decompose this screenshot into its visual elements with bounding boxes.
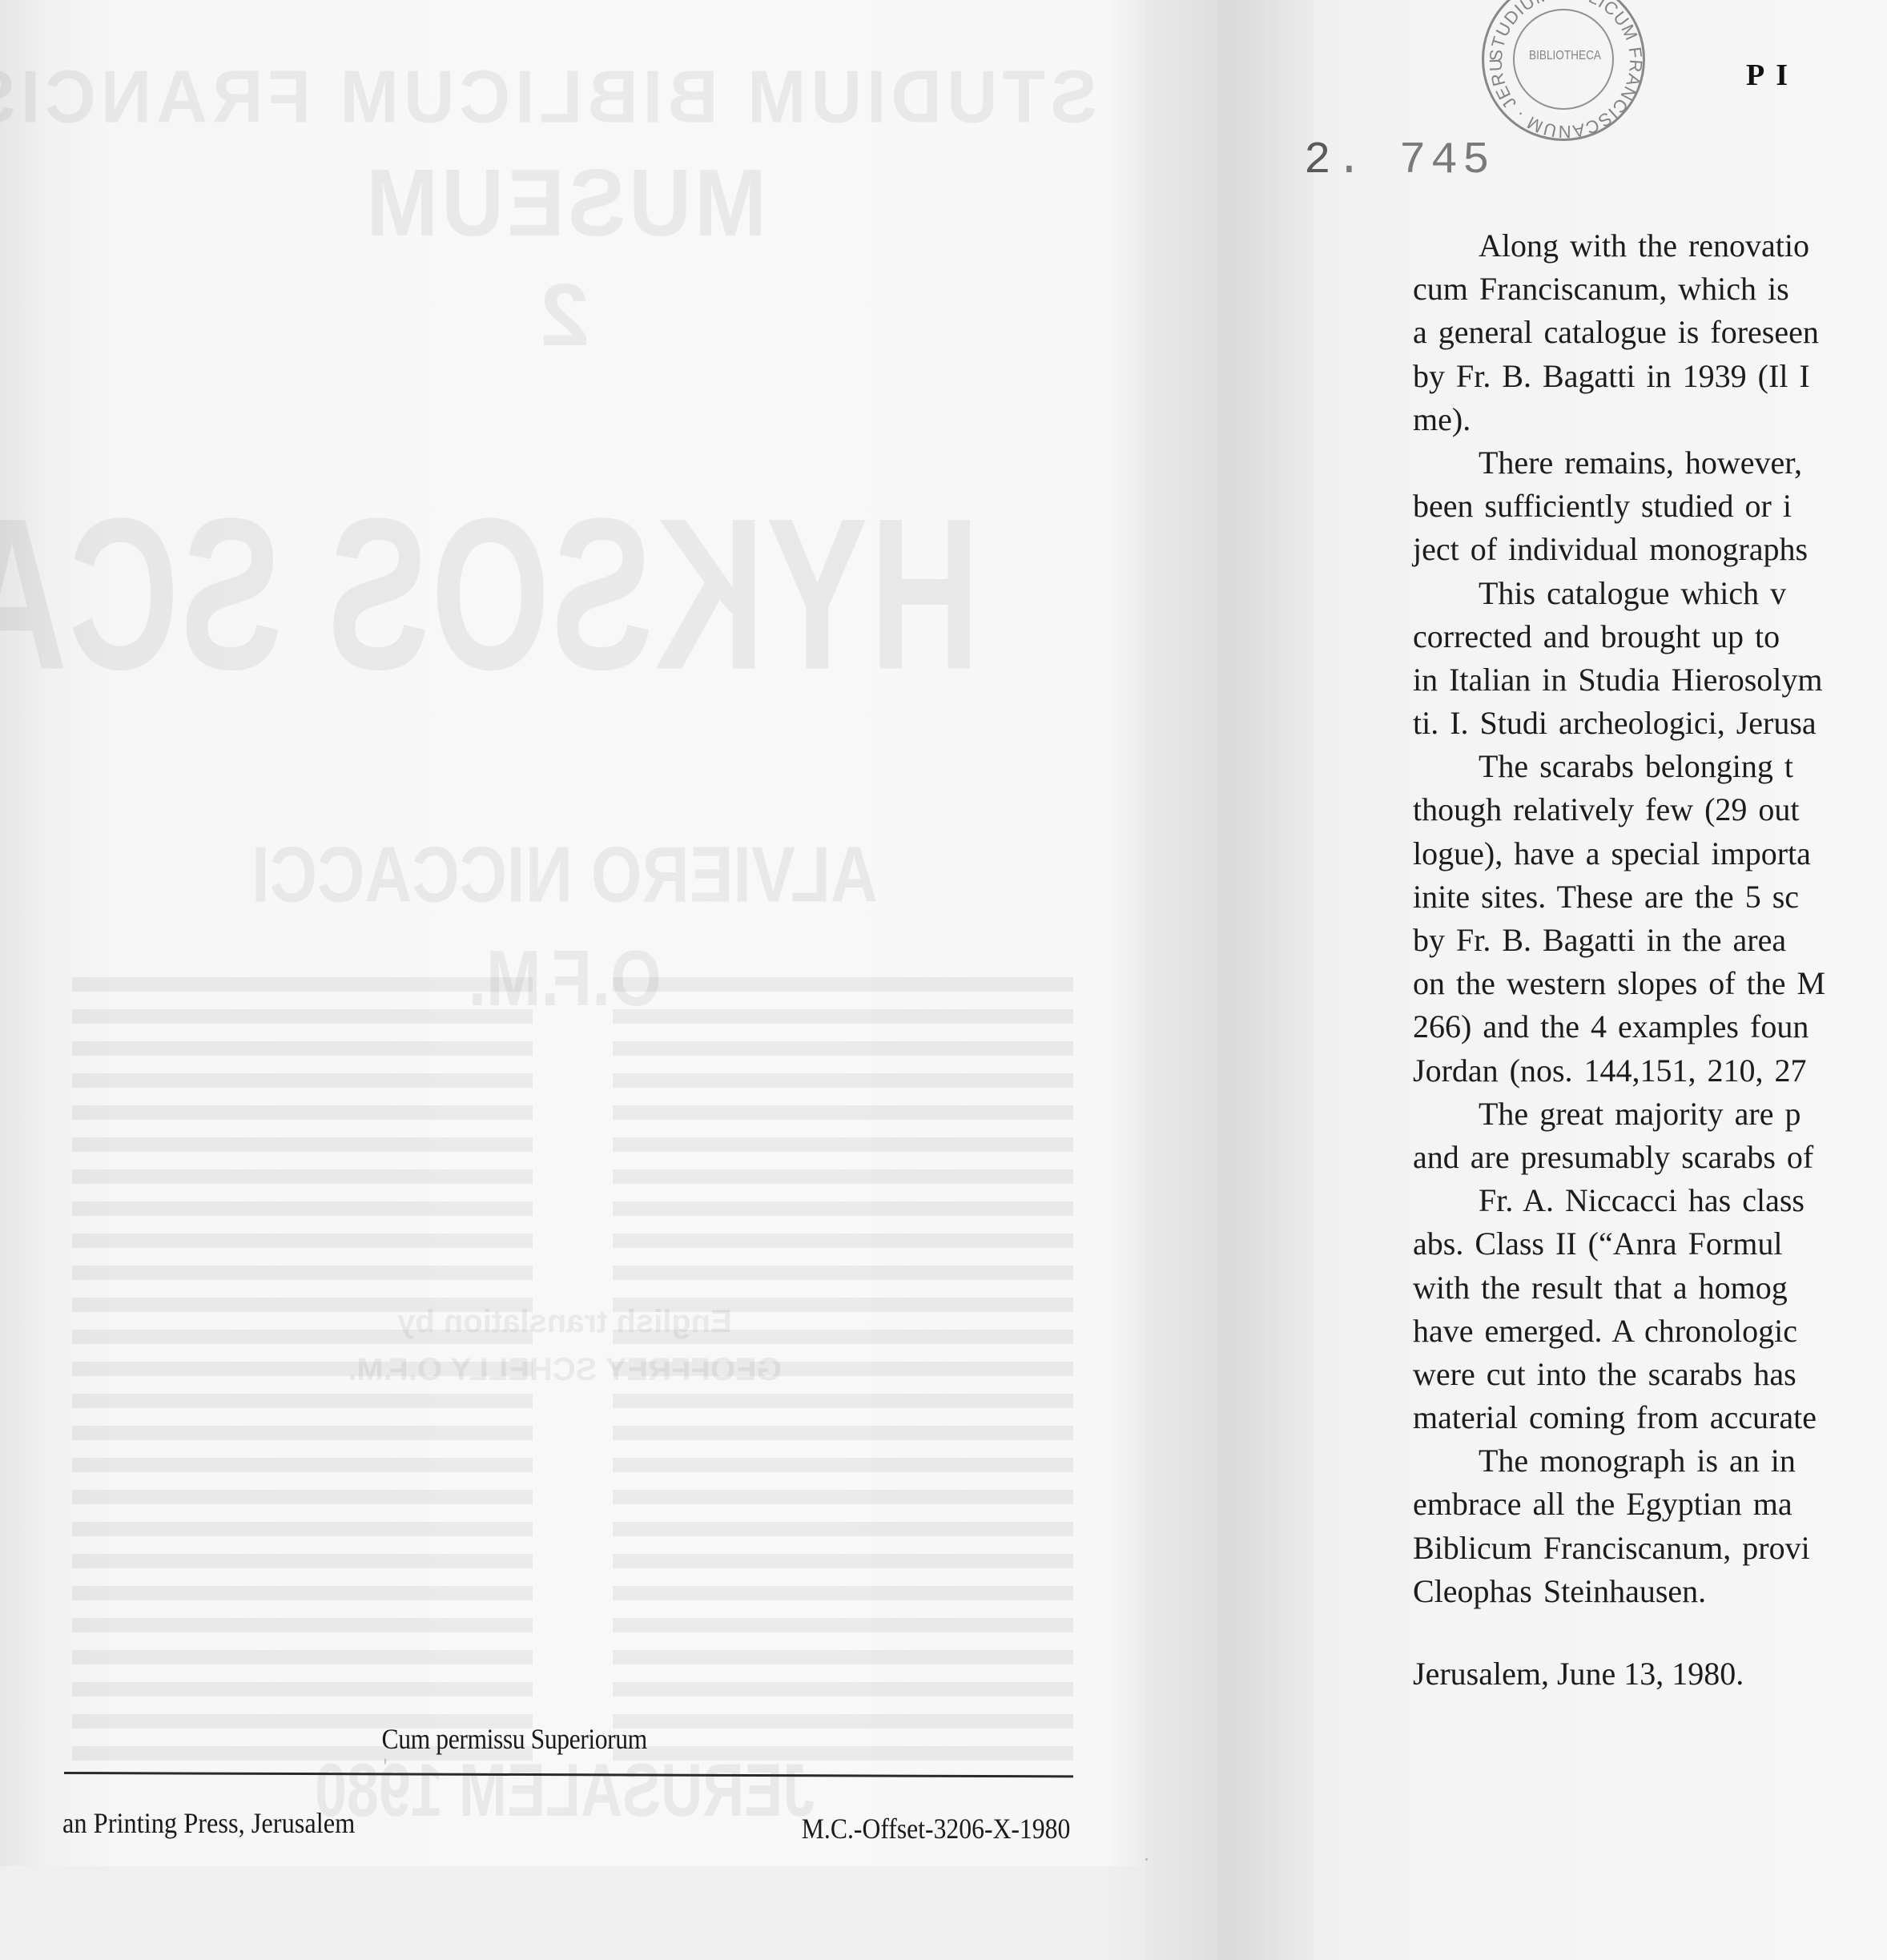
show-through-collection: MUSEUM — [32, 147, 1097, 258]
preface-signature: Jerusalem, June 13, 1980. — [1413, 1655, 1744, 1692]
body-line: me). — [1413, 398, 1887, 441]
body-line: inite sites. These are the 5 sc — [1413, 875, 1887, 919]
body-line: by Fr. B. Bagatti in the area — [1413, 919, 1887, 962]
dust-speck — [384, 1758, 386, 1765]
body-line: logue), have a special importa — [1413, 832, 1887, 875]
body-line: and are presumably scarabs of — [1413, 1136, 1887, 1179]
left-page: STUDIUM BIBLICUM FRANCISCANUM MUSEUM 2 H… — [0, 0, 1145, 1960]
colophon-printer: an Printing Press, Jerusalem — [62, 1806, 355, 1840]
body-line: Along with the renovatio — [1413, 224, 1887, 268]
accession-suffix: . 745 — [1336, 135, 1495, 186]
body-line: been sufficiently studied or i — [1413, 485, 1887, 528]
body-line: Fr. A. Niccacci has class — [1413, 1179, 1887, 1222]
colophon-print-code: M.C.-Offset-3206-X-1980 — [801, 1812, 1070, 1845]
body-line: though relatively few (29 out — [1413, 788, 1887, 831]
body-line: Jordan (nos. 144,151, 210, 27 — [1413, 1049, 1887, 1093]
body-line: with the result that a homog — [1413, 1266, 1887, 1310]
body-line: in Italian in Studia Hierosolym — [1413, 658, 1887, 702]
show-through-number: 2 — [32, 264, 1097, 366]
stamp-center-text: BIBLIOTHECA — [1522, 49, 1607, 63]
body-line: ject of individual monographs — [1413, 528, 1887, 571]
body-line: on the western slopes of the M — [1413, 962, 1887, 1005]
accession-prefix: 2 — [1304, 135, 1336, 186]
preface-body: Along with the renovatiocum Franciscanum… — [1413, 224, 1887, 1613]
stamp-inner-circle: BIBLIOTHECA — [1513, 9, 1614, 110]
show-through-title: HYKSOS SCARABS — [149, 469, 980, 718]
body-line: Cleophas Steinhausen. — [1413, 1570, 1887, 1613]
body-line: ti. I. Studi archeologici, Jerusa — [1413, 702, 1887, 745]
body-line: 266) and the 4 examples foun — [1413, 1005, 1887, 1048]
body-line: a general catalogue is foreseen — [1413, 311, 1887, 354]
body-line: material coming from accurate — [1413, 1396, 1887, 1439]
show-through-series: STUDIUM BIBLICUM FRANCISCANUM — [32, 54, 1097, 139]
body-line: embrace all the Egyptian ma — [1413, 1483, 1887, 1526]
body-line: cum Franciscanum, which is — [1413, 268, 1887, 311]
accession-number: 2. 745 — [1304, 135, 1495, 186]
body-line: abs. Class II (“Anra Formul — [1413, 1222, 1887, 1266]
page-heading: PI — [1746, 58, 1799, 93]
body-line: corrected and brought up to — [1413, 615, 1887, 658]
body-line: The great majority are p — [1413, 1093, 1887, 1136]
library-stamp: STUDIUM BIBLICUM FRANCISCANUM · JERUSALE… — [1482, 0, 1645, 141]
show-through-translation-line-2: GEOFFREY SCHELLY O.F.M. — [32, 1346, 1097, 1394]
body-line: have emerged. A chronologic — [1413, 1310, 1887, 1353]
body-line: by Fr. B. Bagatti in 1939 (Il I — [1413, 355, 1887, 398]
body-line: This catalogue which v — [1413, 572, 1887, 615]
body-line: The monograph is an in — [1413, 1439, 1887, 1483]
book-gutter — [1105, 0, 1314, 1960]
show-through-translation: English translation by GEOFFREY SCHELLY … — [32, 1298, 1097, 1394]
body-line: were cut into the scarabs has — [1413, 1353, 1887, 1396]
body-line: The scarabs belonging t — [1413, 745, 1887, 788]
body-line: There remains, however, — [1413, 441, 1887, 485]
show-through-translation-line-1: English translation by — [32, 1298, 1097, 1346]
body-line: Biblicum Franciscanum, provi — [1413, 1527, 1887, 1570]
colophon-approval: Cum permissu Superiorum — [62, 1722, 968, 1756]
show-through-author-name: ALVIERO NICCACCI — [32, 823, 1097, 928]
